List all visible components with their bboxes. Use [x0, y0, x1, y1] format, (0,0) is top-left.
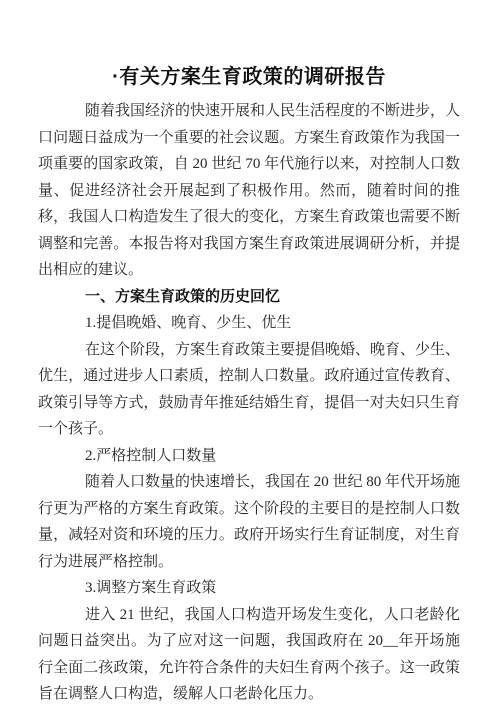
document-page: ·有关方案生育政策的调研报告 随着我国经济的快速开展和人民生活程度的不断进步，人…	[0, 0, 500, 707]
item-1-body: 在这个阶段，方案生育政策主要提倡晚婚、晚育、少生、优生，通过进步人口素质，控制人…	[38, 337, 460, 443]
item-1-title: 1.提倡晚婚、晚育、少生、优生	[38, 310, 460, 337]
intro-paragraph: 随着我国经济的快速开展和人民生活程度的不断进步，人口问题日益成为一个重要的社会议…	[38, 98, 460, 284]
section-1-heading: 一、方案生育政策的历史回忆	[38, 284, 460, 311]
report-title: ·有关方案生育政策的调研报告	[38, 62, 460, 92]
item-3-title: 3.调整方案生育政策	[38, 575, 460, 602]
item-2-body: 随着人口数量的快速增长，我国在 20 世纪 80 年代开场施行更为严格的方案生育…	[38, 469, 460, 575]
item-3-body: 进入 21 世纪，我国人口构造开场发生变化，人口老龄化问题日益突出。为了应对这一…	[38, 602, 460, 707]
item-2-title: 2.严格控制人口数量	[38, 443, 460, 470]
